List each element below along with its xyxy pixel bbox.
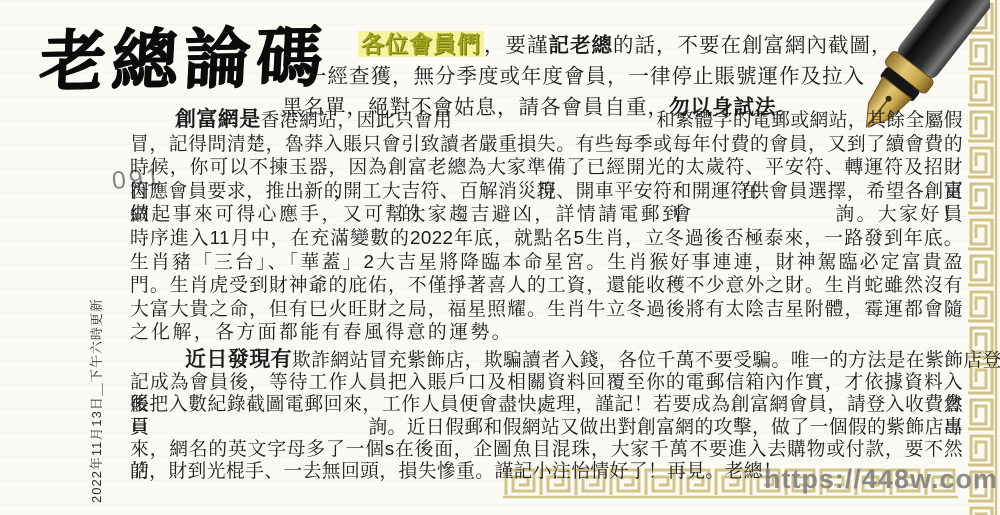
line-text: 欺詐網站冒充紫飾店，欺騙讀者入錢，各位千萬不要受騙。唯一的方法是在紫飾店登 <box>292 349 1000 370</box>
text-line: 記成為會員後，等待工作人員把入賬戶口及相關資料回覆至你的電郵信箱內作實，才依據資… <box>130 371 963 393</box>
text-line: 後把入數紀錄截圖電郵回來，工作人員便會盡快處理，謹記！若要成為創富網會員，請登入… <box>130 393 963 415</box>
line-text: 頁 <box>130 416 149 438</box>
line-text: 做起事來可得心應手，又可幫大家趨吉避凶，詳情請電郵到 <box>130 202 683 226</box>
paragraph-2: 近日發現有欺詐網站冒充紫飾店，欺騙讀者入錢，各位千萬不要受騙。唯一的方法是在紫飾… <box>130 349 963 482</box>
article-body: 創富網是香港網站，因此只會用 和繁體字的電郵或網站，其餘全屬假 冒，記得問清楚，… <box>130 108 963 482</box>
text-line: 生肖豬「三台」、「華蓋」2大吉星將降臨本命星宮。生肖猴好事連連，財神駕臨必定富貴… <box>130 250 963 274</box>
line-text: 香港網站，因此只會用 <box>261 109 453 130</box>
lottery-flyer-page: 老總論碼 各位會員們，要謹記老總的話，不要在創富網內截圖， 一經查獲，無分季度或… <box>0 0 1000 515</box>
page-title: 老總論碼 <box>37 3 330 103</box>
line-segment: 創富網是香港網站，因此只會用 <box>175 108 452 132</box>
text-line: 門。生肖虎受到財神爺的庇佑，不僅掙著喜人的工資，還能收穫不少意外之財。生肖蛇雖然… <box>130 273 963 297</box>
text-line: 因應會員要求，推出新的開工大吉符、百解消災符、開車平安符和開運符供會員選擇，希望… <box>130 179 963 203</box>
line-segment: 近日發現有欺詐網站冒充紫飾店，欺騙讀者入錢，各位千萬不要受騙。唯一的方法是在紫飾… <box>185 349 1000 371</box>
notice-text: ，要謹 <box>484 34 549 57</box>
text-line: 做起事來可得心應手，又可幫大家趨吉避凶，詳情請電郵到 詢。大家好！ <box>130 202 963 226</box>
text-line: 時序進入11月中，在充滿變數的2022年底，就點名5生肖，立冬過後否極泰來，一路… <box>130 226 963 250</box>
notice-text: 的話，不要在創富網內截圖， <box>613 34 893 57</box>
update-timestamp: 2022年11月13日＿下午六時更新 <box>86 298 105 503</box>
text-line: 近日發現有欺詐網站冒充紫飾店，欺騙讀者入錢，各位千萬不要受騙。唯一的方法是在紫飾… <box>130 349 963 371</box>
text-line: 大富大貴之命，但有巳火旺財之局，福星照耀。生肖牛立冬過後將有太陰吉星附體，霉運都… <box>130 297 963 321</box>
paragraph-lead: 創富網是 <box>175 108 261 131</box>
line-text: 詢。大家好！ <box>835 202 963 226</box>
notice-bold-text: 記老總 <box>549 34 614 57</box>
notice-line-2: 一經查獲，無分季度或年度會員，一律停止賬號運作及拉入 <box>306 59 865 89</box>
line-text: 和繁體字的電郵或網站，其餘全屬假 <box>656 108 963 132</box>
text-line: 時候，你可以不揀玉器，因為創富老總為大家準備了已經開光的太歲符、平安符、轉運符及… <box>130 155 963 179</box>
text-line: 冒，記得問清楚，魯莽入賬只會引致讀者嚴重損失。有些每季或每年付費的會員，又到了續… <box>130 132 963 156</box>
paragraph-lead: 近日發現有 <box>185 348 292 371</box>
text-line: 來，網名的英文字母多了一個s在後面，企圖魚目混珠，大家千萬不要進入去購物或付款，… <box>130 438 963 460</box>
line-text: 詢。近日假郵和假網站又做出對創富網的攻擊，做了一個假的紫飾店出 <box>368 416 963 438</box>
watermark-url: https://448w.com <box>764 464 998 495</box>
text-line: 之化解，各方面都能有春風得意的運勢。 <box>130 320 963 344</box>
notice-line-1: 各位會員們，要謹記老總的話，不要在創富網內截圖， <box>358 26 893 59</box>
paragraph-1: 創富網是香港網站，因此只會用 和繁體字的電郵或網站，其餘全屬假 冒，記得問清楚，… <box>130 108 963 344</box>
text-line: 創富網是香港網站，因此只會用 和繁體字的電郵或網站，其餘全屬假 <box>130 108 963 132</box>
members-highlight: 各位會員們 <box>358 31 484 57</box>
